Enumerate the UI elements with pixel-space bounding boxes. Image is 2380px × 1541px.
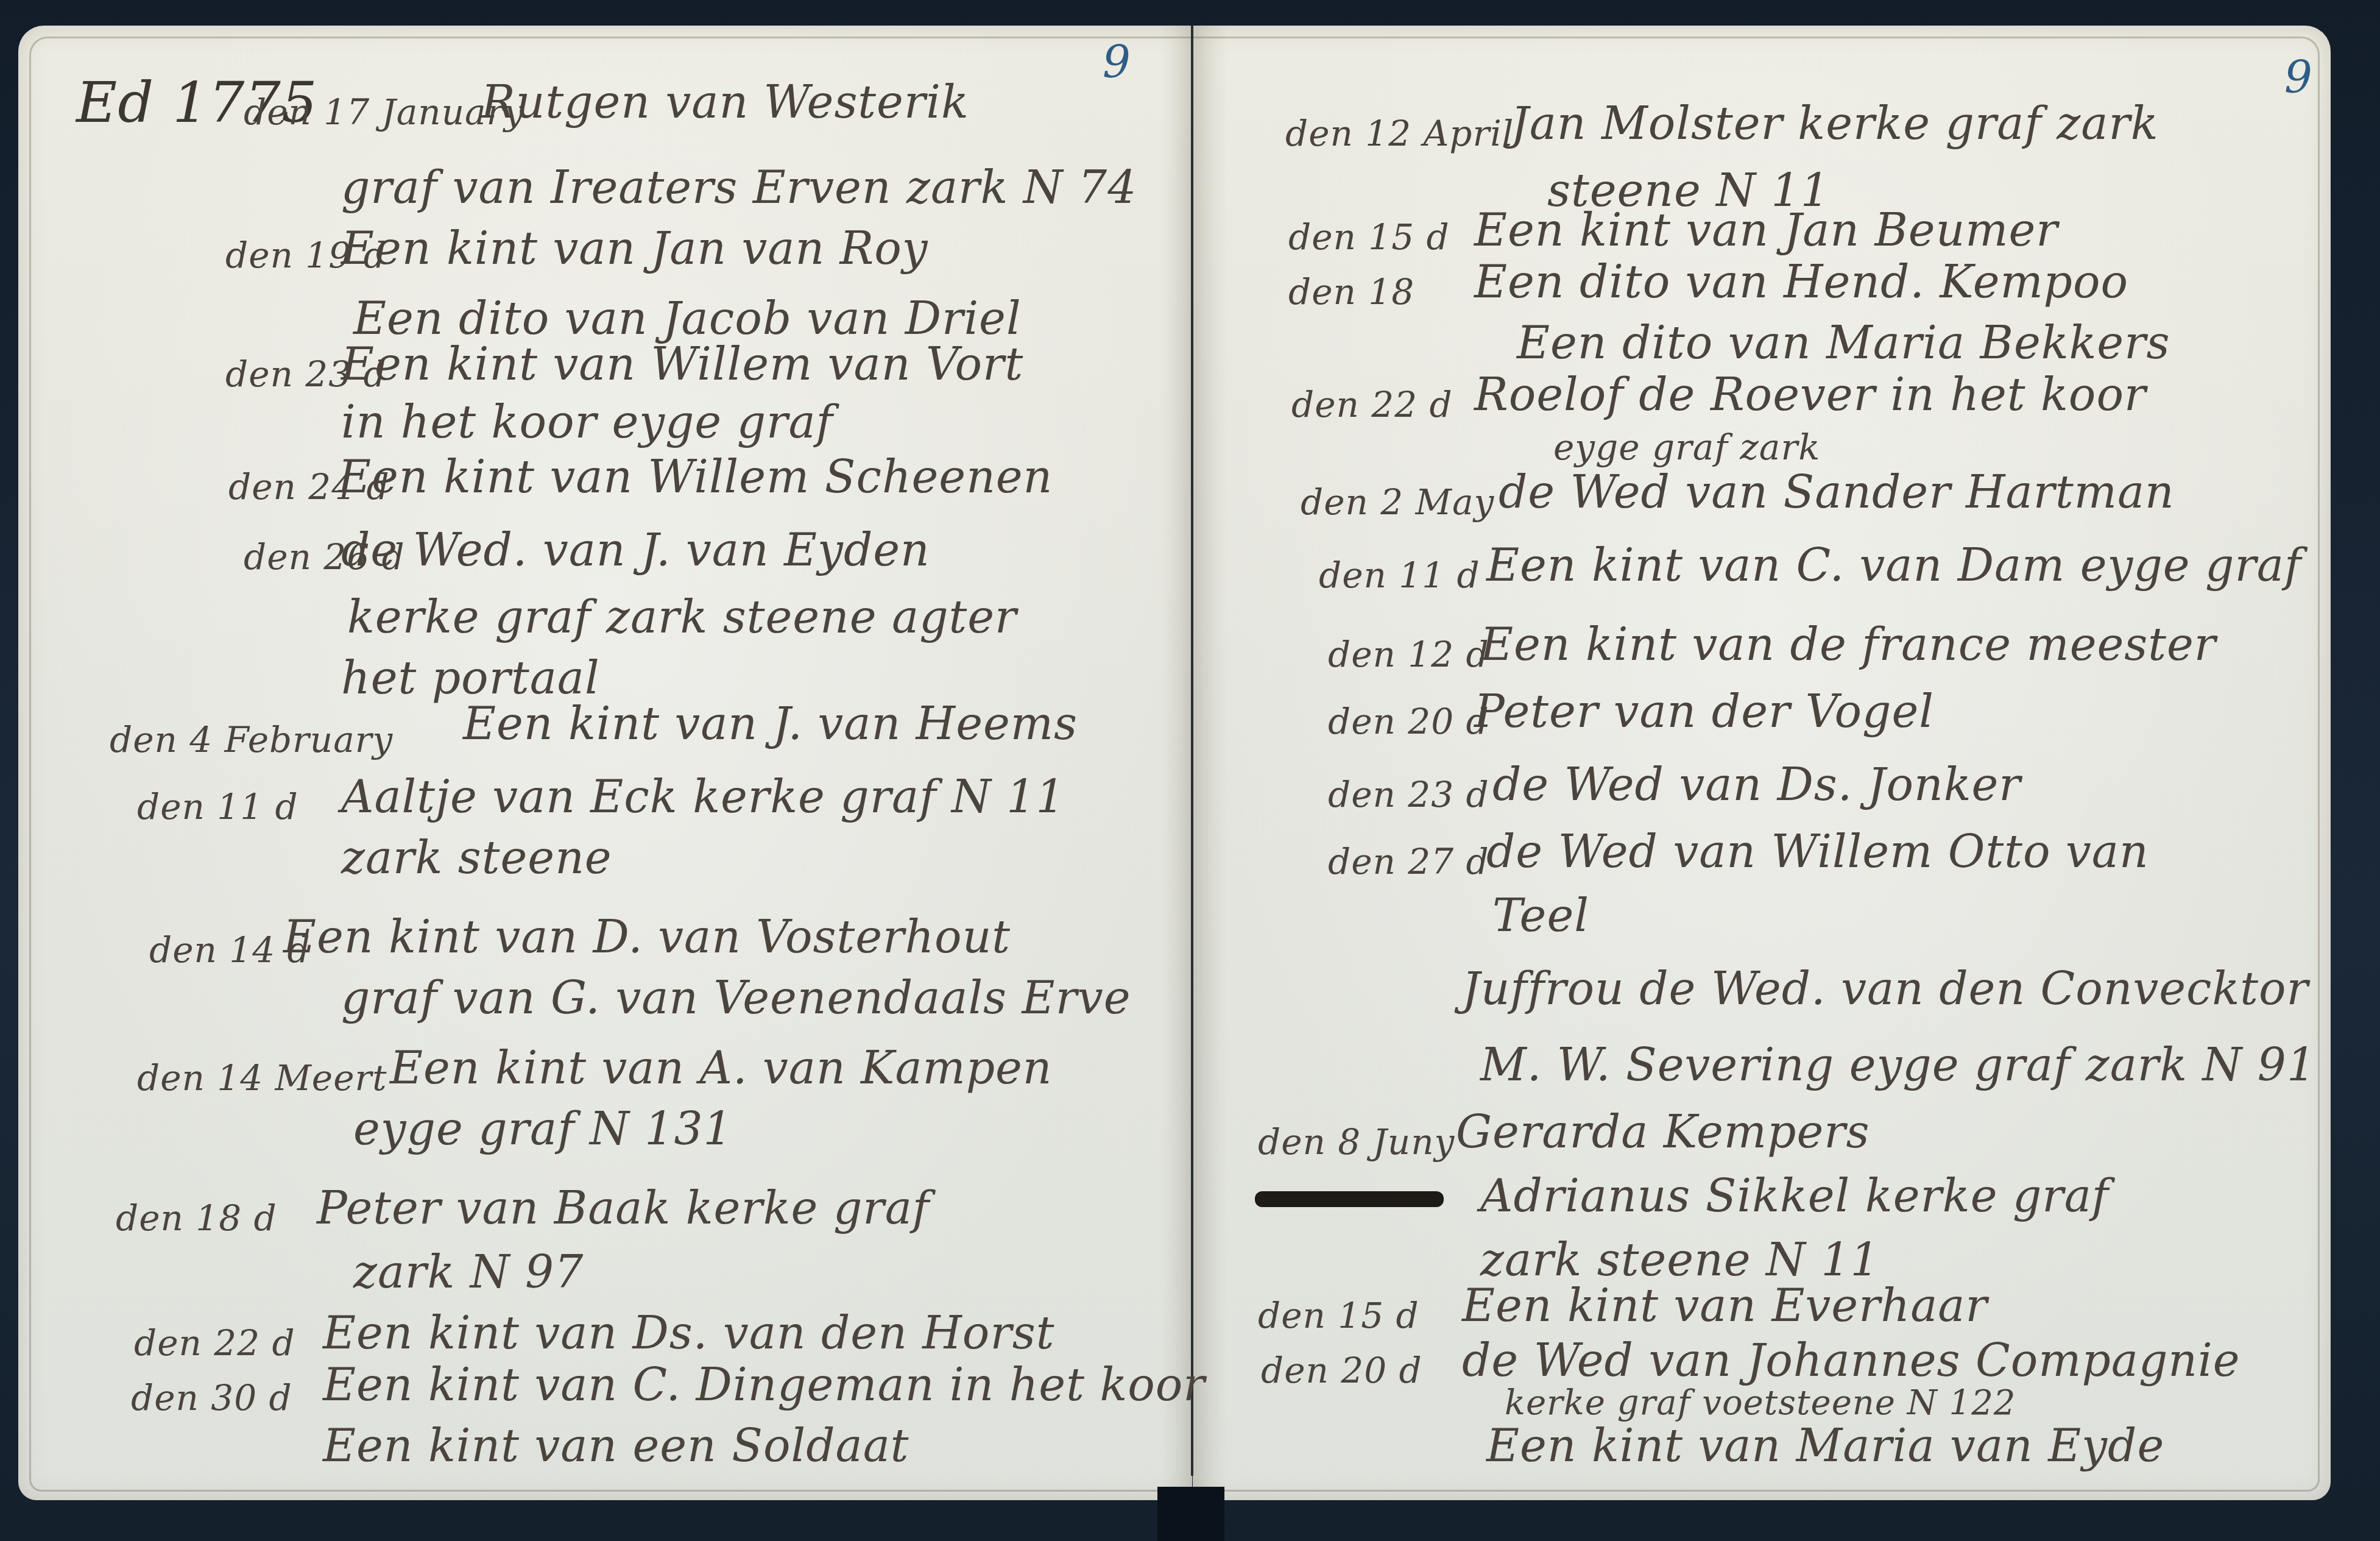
entry-text: Jan Molster kerke graf zark bbox=[1511, 97, 2159, 150]
entry-continuation: Een kint van een Soldaat bbox=[323, 1420, 909, 1472]
entry-text: Peter van Baak kerke graf bbox=[317, 1182, 930, 1235]
entry-date: den 20 d bbox=[1328, 701, 1489, 742]
entry-date: den 27 d bbox=[1328, 841, 1489, 882]
entry-text: Een dito van Hend. Kempoo bbox=[1474, 256, 2128, 308]
struck-through-date bbox=[1255, 1191, 1444, 1207]
entry-continuation: Juffrou de Wed. van den Convecktor bbox=[1462, 963, 2309, 1015]
entry-continuation: Een dito van Jacob van Driel bbox=[353, 292, 1022, 345]
entry-text: Een kint van A. van Kampen bbox=[390, 1042, 1053, 1094]
entry-text: de Wed van Sander Hartman bbox=[1499, 466, 2175, 519]
entry-date: den 11 d bbox=[1319, 554, 1480, 596]
entry-continuation: het portaal bbox=[341, 652, 600, 704]
entry-date: den 20 d bbox=[1261, 1350, 1422, 1391]
entry-text: Een kint van J. van Heems bbox=[463, 698, 1078, 750]
entry-continuation: kerke graf voetsteene N 122 bbox=[1505, 1383, 2016, 1423]
entry-date: den 2 May bbox=[1301, 481, 1494, 523]
entry-date: den 4 February bbox=[110, 719, 393, 760]
entry-continuation: Een kint van Maria van Eyde bbox=[1486, 1420, 2164, 1472]
entry-text: Gerarda Kempers bbox=[1456, 1106, 1870, 1158]
entry-text: Een kint van Jan Beumer bbox=[1474, 204, 2058, 257]
entry-continuation: zark steene N 11 bbox=[1480, 1234, 1880, 1286]
entry-continuation: eyge graf N 131 bbox=[353, 1103, 733, 1155]
entry-date: den 8 Juny bbox=[1258, 1121, 1455, 1163]
entry-text: Een kint van C. Dingeman in het koor bbox=[323, 1359, 1206, 1411]
entry-continuation: in het koor eyge graf bbox=[341, 396, 833, 448]
entry-date: den 15 d bbox=[1258, 1295, 1419, 1336]
entry-continuation: Een dito van Maria Bekkers bbox=[1517, 317, 2170, 369]
entry-text: Roelof de Roever in het koor bbox=[1474, 369, 2146, 421]
entry-date: den 30 d bbox=[131, 1377, 292, 1419]
entry-text: de Wed van Ds. Jonker bbox=[1492, 759, 2021, 811]
gutter-shadow bbox=[1160, 26, 1227, 1500]
page-number-left: 9 bbox=[1103, 37, 1131, 88]
entry-date: den 11 d bbox=[137, 786, 298, 827]
entry-text: Een kint van Willem van Vort bbox=[341, 338, 1023, 391]
entry-continuation: zark N 97 bbox=[353, 1246, 584, 1298]
entry-date: den 12 April bbox=[1285, 113, 1514, 154]
entry-date: den 18 d bbox=[116, 1197, 277, 1239]
entry-date: den 18 bbox=[1288, 271, 1414, 313]
page-number-right: 9 bbox=[2284, 52, 2312, 103]
entry-date: den 15 d bbox=[1288, 216, 1450, 258]
entry-continuation: graf van G. van Veenendaals Erve bbox=[341, 972, 1131, 1024]
entry-text: Rutgen van Westerik bbox=[481, 76, 969, 129]
spine-gap bbox=[1157, 1487, 1224, 1541]
entry-text: Adrianus Sikkel kerke graf bbox=[1480, 1170, 2109, 1222]
entry-continuation: kerke graf zark steene agter bbox=[347, 591, 1017, 643]
entry-continuation: M. W. Severing eyge graf zark N 91 bbox=[1480, 1039, 2316, 1091]
entry-continuation: zark steene bbox=[341, 832, 612, 884]
entry-text: Peter van der Vogel bbox=[1474, 685, 1934, 738]
entry-text: Een kint van D. van Vosterhout bbox=[283, 911, 1011, 963]
entry-date: den 14 Meert bbox=[137, 1057, 387, 1099]
entry-date: den 22 d bbox=[1291, 384, 1453, 425]
entry-text: Een kint van Everhaar bbox=[1462, 1280, 1988, 1332]
entry-text: Aaltje van Eck kerke graf N 11 bbox=[341, 771, 1065, 823]
book-gutter bbox=[1191, 26, 1193, 1476]
entry-date: den 23 d bbox=[1328, 774, 1489, 815]
entry-text: de Wed van Johannes Compagnie bbox=[1462, 1334, 2240, 1387]
entry-text: Een kint van Ds. van den Horst bbox=[323, 1307, 1055, 1359]
entry-text: Een kint van de france meester bbox=[1480, 618, 2216, 671]
entry-text: Een kint van C. van Dam eyge graf bbox=[1486, 539, 2301, 592]
entry-continuation: eyge graf zark bbox=[1553, 427, 1820, 468]
entry-continuation: graf van Ireaters Erven zark N 74 bbox=[341, 161, 1137, 214]
entry-date: den 12 d bbox=[1328, 634, 1489, 675]
entry-text: de Wed van Willem Otto van bbox=[1486, 826, 2149, 878]
entry-text: de Wed. van J. van Eyden bbox=[341, 524, 930, 576]
entry-text: Een kint van Jan van Roy bbox=[341, 222, 928, 275]
entry-continuation: Teel bbox=[1492, 890, 1589, 942]
entry-text: Een kint van Willem Scheenen bbox=[338, 451, 1053, 503]
entry-date: den 22 d bbox=[134, 1322, 295, 1364]
